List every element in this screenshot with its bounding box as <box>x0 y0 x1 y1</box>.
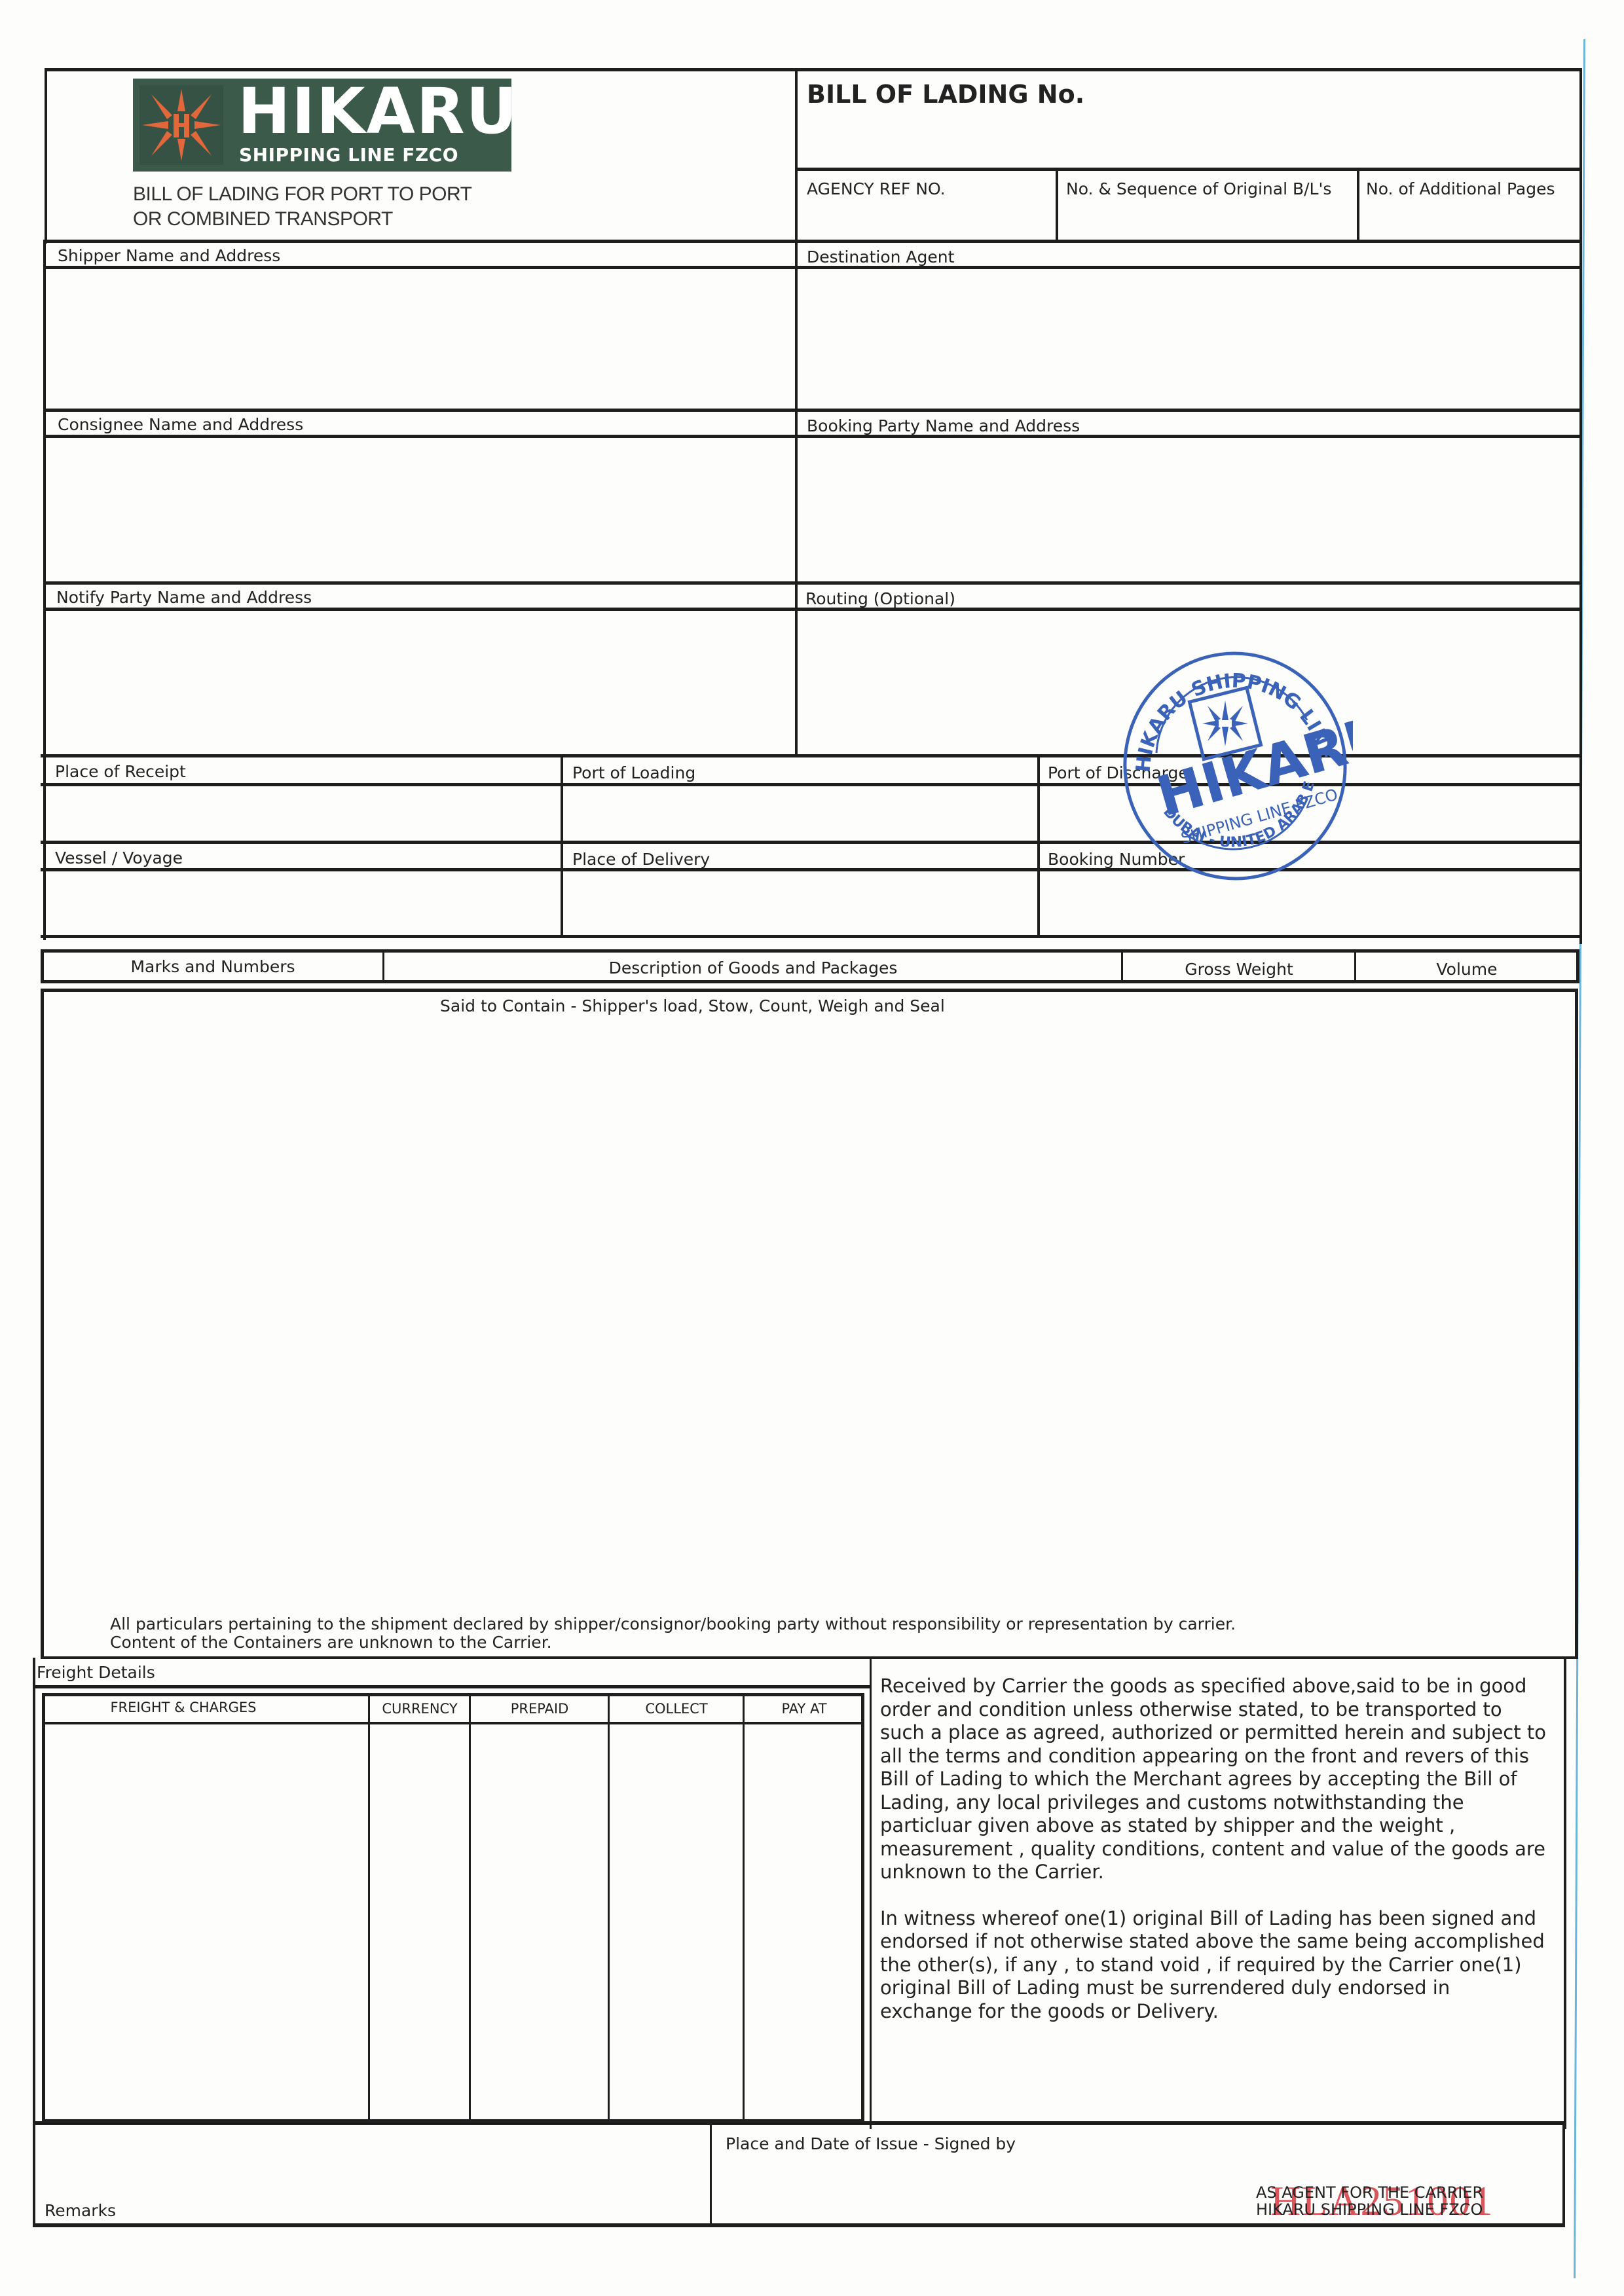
vessel-voyage-label: Vessel / Voyage <box>55 848 183 867</box>
logo-subtitle: SHIPPING LINE FZCO <box>239 144 458 166</box>
bill-of-lading-number-field[interactable] <box>799 115 1578 165</box>
goods-description-field[interactable] <box>46 1021 1574 1611</box>
prepaid-header: PREPAID <box>471 1701 608 1717</box>
place-of-delivery-field[interactable] <box>564 872 1036 934</box>
freight-charges-header: FREIGHT & CHARGES <box>46 1700 321 1715</box>
divider-refs <box>795 168 1582 171</box>
border-left <box>33 2121 35 2226</box>
gross-weight-header: Gross Weight <box>1124 960 1354 979</box>
bill-of-lading-title: BILL OF LADING No. <box>807 80 1084 109</box>
vessel-voyage-field[interactable] <box>45 872 559 934</box>
border-right <box>1562 2121 1565 2226</box>
divider-refs-2 <box>1357 168 1359 241</box>
shipper-declaration-disclaimer: All particulars pertaining to the shipme… <box>110 1614 1236 1633</box>
collect-header: COLLECT <box>610 1701 743 1717</box>
agent-line-2: HIKARU SHIPPING LINE FZCO <box>1256 2201 1483 2218</box>
border-left-top <box>45 68 47 244</box>
marks-numbers-header: Marks and Numbers <box>43 957 382 976</box>
rule <box>33 2121 1566 2125</box>
divider <box>608 1693 610 2123</box>
port-of-loading-label: Port of Loading <box>572 763 695 782</box>
divider <box>1121 949 1123 983</box>
agency-ref-field[interactable] <box>799 203 1053 238</box>
divider <box>382 949 384 983</box>
additional-pages-field[interactable] <box>1361 203 1577 238</box>
said-to-contain-note: Said to Contain - Shipper's load, Stow, … <box>440 996 945 1015</box>
divider <box>1037 754 1040 938</box>
rule <box>45 240 1582 243</box>
rule <box>42 1722 864 1724</box>
notify-party-field[interactable] <box>47 611 792 753</box>
original-bl-sequence-field[interactable] <box>1060 203 1354 238</box>
rule <box>41 935 1582 938</box>
notify-party-label: Notify Party Name and Address <box>56 588 312 607</box>
place-of-receipt-field[interactable] <box>45 787 559 839</box>
place-date-issue-label: Place and Date of Issue - Signed by <box>726 2134 1016 2153</box>
place-of-delivery-label: Place of Delivery <box>572 850 710 869</box>
prepaid-field[interactable] <box>471 1727 606 2120</box>
divider <box>870 1658 872 2129</box>
description-header: Description of Goods and Packages <box>385 958 1121 977</box>
booking-party-field[interactable] <box>799 439 1578 580</box>
shipper-label: Shipper Name and Address <box>58 246 280 265</box>
freight-charges-field[interactable] <box>46 1727 367 2120</box>
place-of-receipt-label: Place of Receipt <box>55 762 186 781</box>
logo-name: HIKARU <box>238 80 519 143</box>
divider <box>469 1693 471 2123</box>
terms-receipt-paragraph: Received by Carrier the goods as specifi… <box>880 1675 1548 1884</box>
remarks-label: Remarks <box>45 2201 116 2220</box>
collect-field[interactable] <box>610 1727 741 2120</box>
star-compass-icon <box>139 85 223 165</box>
additional-pages-label: No. of Additional Pages <box>1366 179 1555 198</box>
document-subtitle-line1: BILL OF LADING FOR PORT TO PORT <box>133 183 471 206</box>
company-logo: HIKARU SHIPPING LINE FZCO <box>133 79 511 172</box>
place-date-issue-field[interactable] <box>715 2158 1226 2221</box>
agent-line-1: AS AGENT FOR THE CARRIER <box>1256 2184 1483 2201</box>
rule <box>43 409 1582 412</box>
carrier-terms: Received by Carrier the goods as specifi… <box>880 1675 1548 2046</box>
freight-details-label: Freight Details <box>37 1663 155 1682</box>
currency-field[interactable] <box>371 1727 468 2120</box>
divider <box>561 754 563 938</box>
pay-at-header: PAY AT <box>745 1701 863 1717</box>
divider <box>743 1693 745 2123</box>
port-of-loading-field[interactable] <box>564 787 1036 839</box>
border-left-bottom <box>33 1658 35 2129</box>
divider <box>710 2124 712 2226</box>
terms-witness-paragraph: In witness whereof one(1) original Bill … <box>880 1907 1548 2024</box>
remarks-field[interactable] <box>37 2128 707 2193</box>
rule <box>33 1685 871 1688</box>
shipper-field[interactable] <box>47 270 792 407</box>
destination-agent-field[interactable] <box>799 270 1578 407</box>
divider-refs-1 <box>1056 168 1058 241</box>
divider <box>368 1693 370 2123</box>
border-right-bottom <box>1564 1658 1566 2129</box>
currency-header: CURRENCY <box>371 1701 469 1717</box>
document-subtitle-line2: OR COMBINED TRANSPORT <box>133 208 393 230</box>
volume-header: Volume <box>1357 960 1577 979</box>
company-stamp: HIKARU SHIPPING LINE FZCO HIKARU SHIPPIN… <box>1117 648 1353 884</box>
container-contents-disclaimer: Content of the Containers are unknown to… <box>110 1633 552 1652</box>
border-right-top <box>1579 68 1582 944</box>
divider <box>1354 949 1356 983</box>
booking-party-label: Booking Party Name and Address <box>807 416 1080 435</box>
agency-ref-label: AGENCY REF NO. <box>807 179 946 198</box>
border-top <box>45 68 1582 71</box>
destination-agent-label: Destination Agent <box>807 247 954 266</box>
routing-label: Routing (Optional) <box>805 589 955 608</box>
carrier-agent-signature: AS AGENT FOR THE CARRIER HIKARU SHIPPING… <box>1256 2184 1483 2218</box>
original-bl-sequence-label: No. & Sequence of Original B/L's <box>1066 179 1331 198</box>
consignee-field[interactable] <box>47 439 792 580</box>
pay-at-field[interactable] <box>745 1727 862 2120</box>
rule <box>43 581 1582 585</box>
divider-middle <box>795 68 798 756</box>
consignee-label: Consignee Name and Address <box>58 415 303 434</box>
